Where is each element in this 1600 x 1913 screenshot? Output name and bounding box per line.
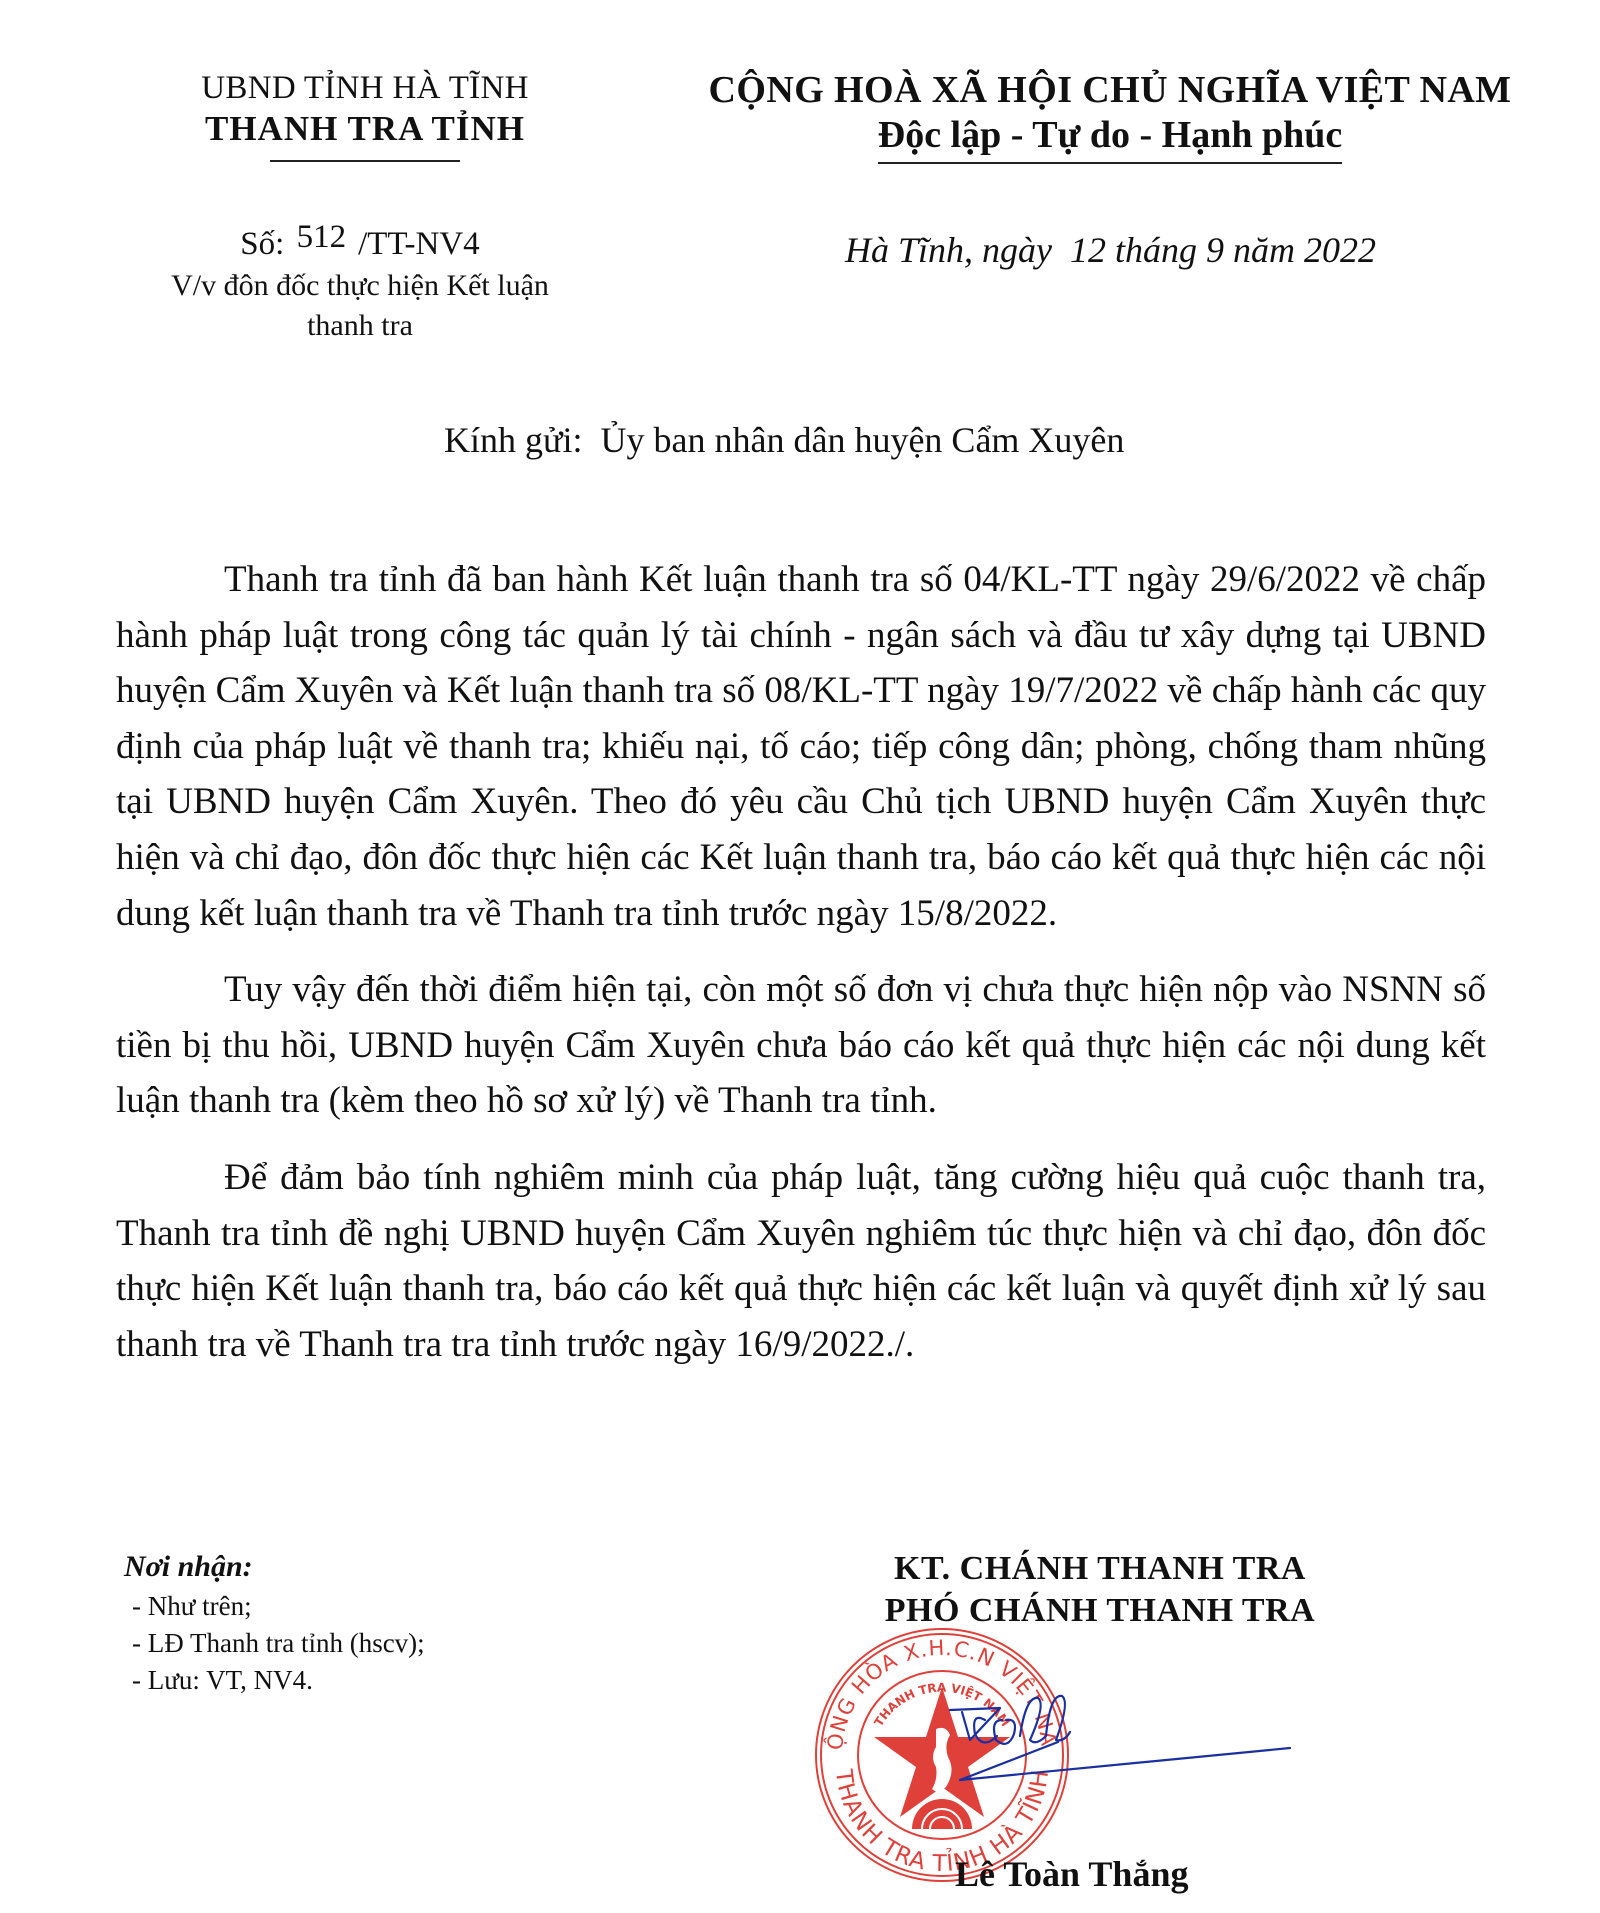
national-header: CỘNG HOÀ XÃ HỘI CHỦ NGHĨA VIỆT NAM Độc l…: [680, 68, 1540, 164]
document-date: Hà Tĩnh, ngày 12 tháng 9 năm 2022: [845, 228, 1376, 272]
addressee: Kính gửi: Ủy ban nhân dân huyện Cẩm Xuyê…: [444, 418, 1124, 462]
signer-role: KT. CHÁNH THANH TRA: [820, 1548, 1380, 1590]
distribution-item: - Như trên;: [132, 1588, 544, 1625]
document-number: Số: 512/TT-NV4: [100, 222, 620, 266]
agency-underline: [270, 160, 460, 162]
distribution-title: Nơi nhận:: [124, 1548, 544, 1586]
document-meta: Số: 512/TT-NV4 V/v đôn đốc thực hiện Kết…: [100, 222, 620, 346]
distribution-item: - Lưu: VT, NV4.: [132, 1662, 544, 1699]
document-body: Thanh tra tỉnh đã ban hành Kết luận than…: [116, 552, 1486, 1393]
distribution-item: - LĐ Thanh tra tỉnh (hscv);: [132, 1625, 544, 1662]
nation-title: CỘNG HOÀ XÃ HỘI CHỦ NGHĨA VIỆT NAM: [680, 68, 1540, 112]
agency-name: THANH TRA TỈNH: [120, 108, 610, 150]
subject-line: V/v đôn đốc thực hiện Kết luận: [100, 266, 620, 306]
distribution-list: Nơi nhận: - Như trên; - LĐ Thanh tra tỉn…: [124, 1548, 544, 1699]
body-paragraph: Tuy vậy đến thời điểm hiện tại, còn một …: [116, 962, 1486, 1129]
body-paragraph: Thanh tra tỉnh đã ban hành Kết luận than…: [116, 552, 1486, 941]
document-number-value: 512: [297, 219, 347, 255]
document-number-suffix: /TT-NV4: [358, 226, 480, 262]
national-motto: Độc lập - Tự do - Hạnh phúc: [878, 112, 1343, 164]
handwritten-signature-icon: [940, 1680, 1300, 1800]
document-number-label: Số:: [240, 226, 284, 262]
body-paragraph: Để đảm bảo tính nghiêm minh của pháp luậ…: [116, 1150, 1486, 1372]
document-subject: V/v đôn đốc thực hiện Kết luận thanh tra: [100, 266, 620, 346]
subject-line: thanh tra: [100, 306, 620, 346]
signature-block: KT. CHÁNH THANH TRA PHÓ CHÁNH THANH TRA: [820, 1548, 1380, 1632]
parent-agency: UBND TỈNH HÀ TĨNH: [120, 68, 610, 108]
issuing-agency: UBND TỈNH HÀ TĨNH THANH TRA TỈNH: [120, 68, 610, 162]
signer-name: Lê Toàn Thắng: [955, 1852, 1188, 1896]
